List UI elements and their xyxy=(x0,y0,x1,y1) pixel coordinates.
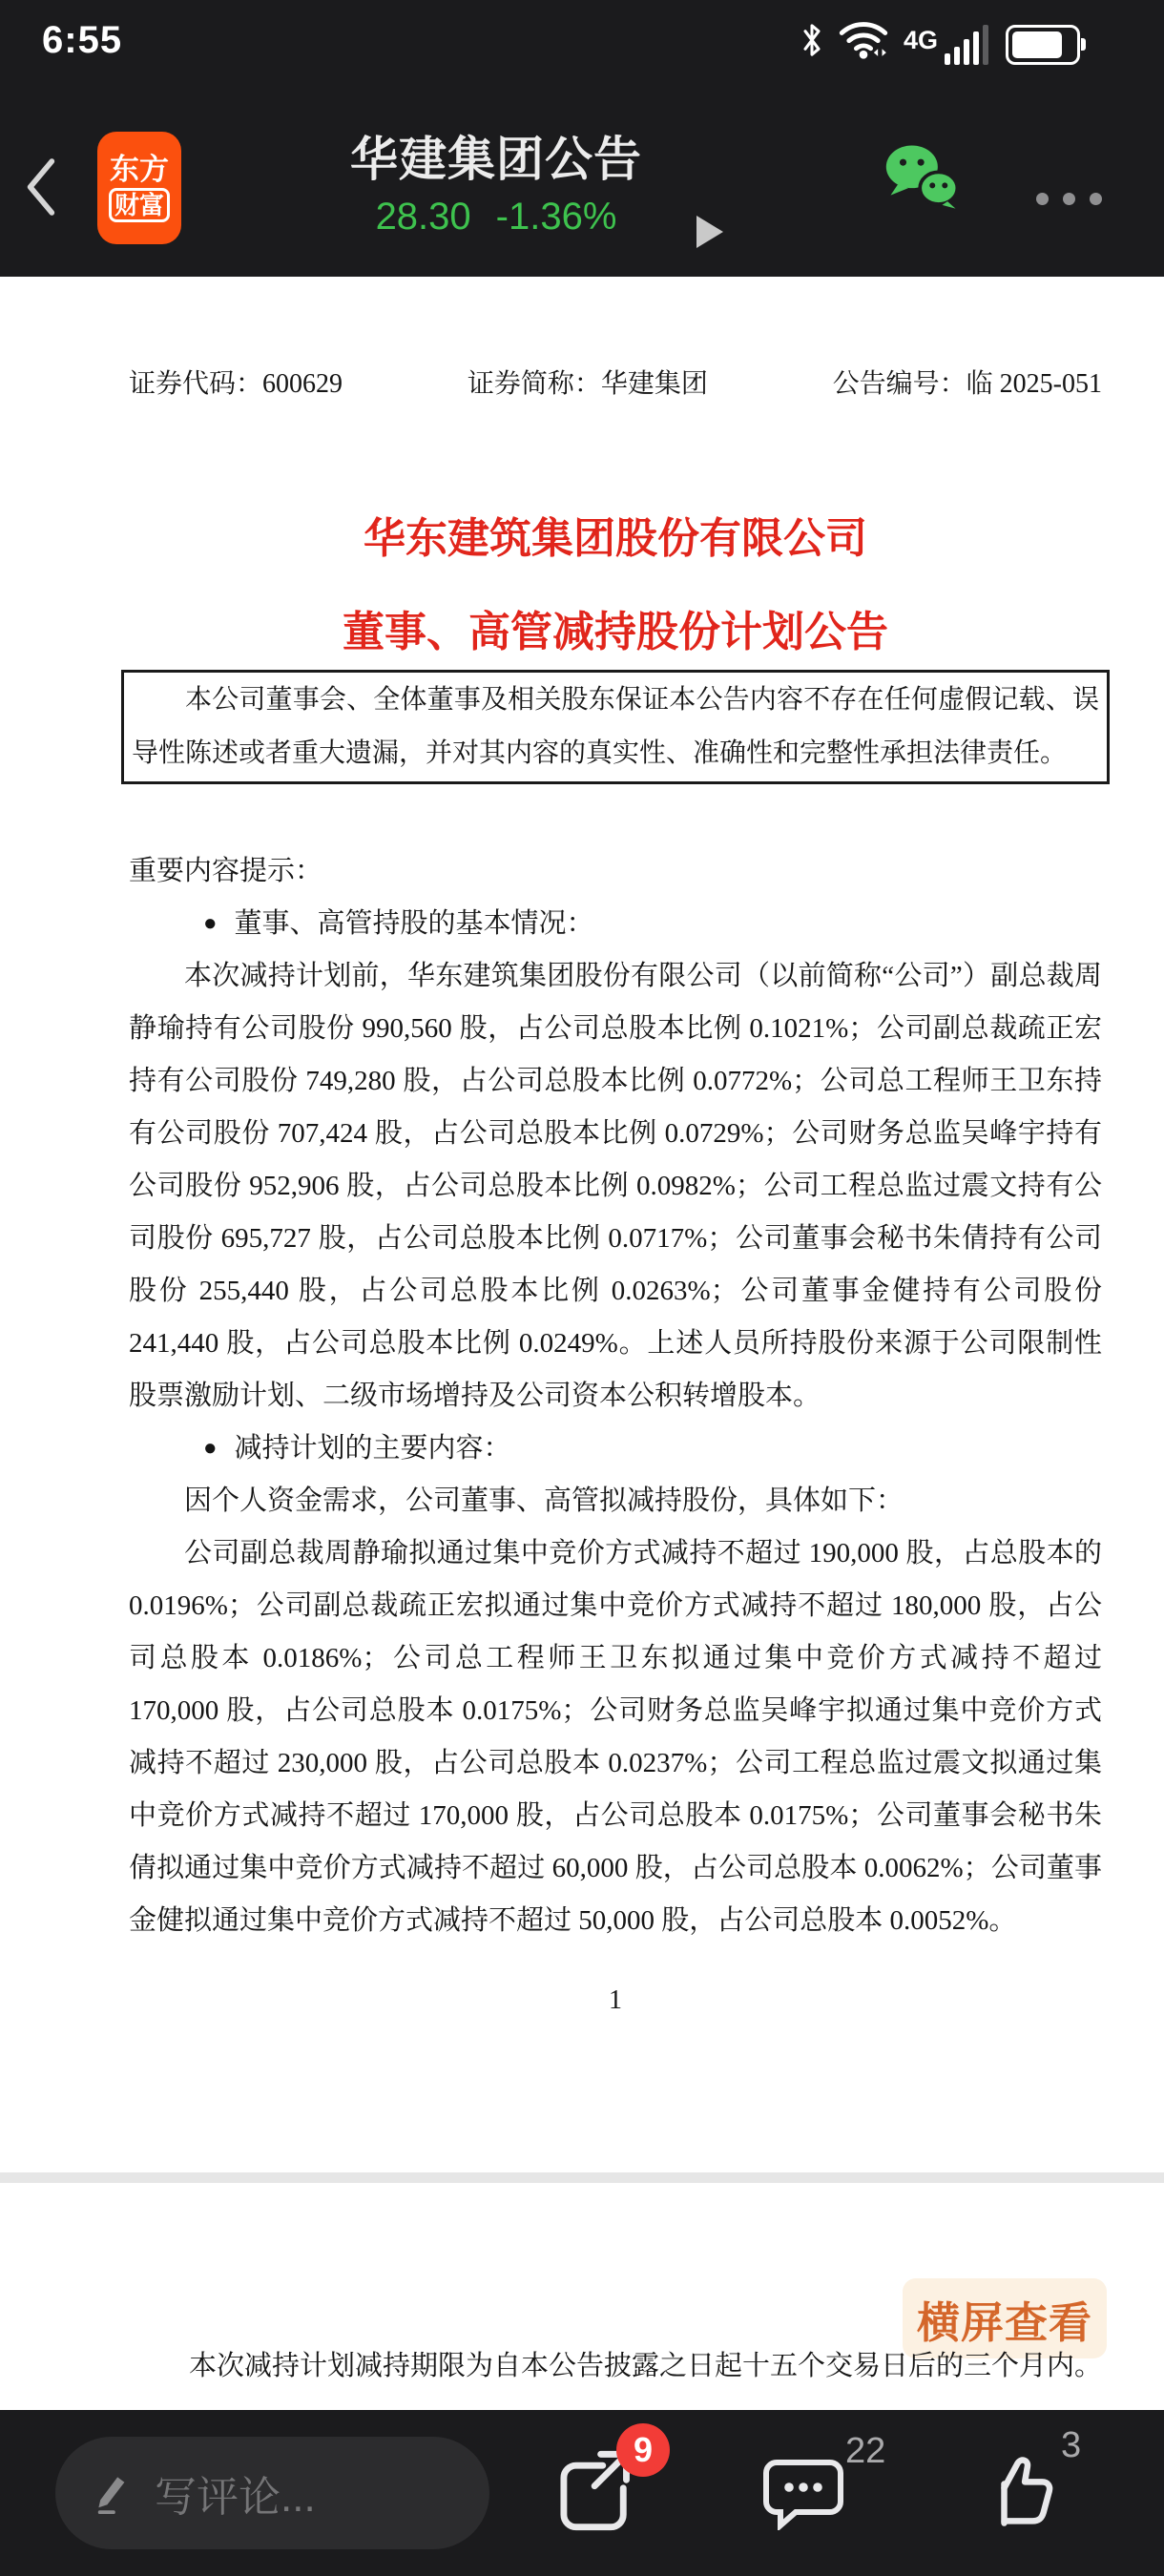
ellipsis-icon xyxy=(1063,193,1075,205)
more-options-button[interactable] xyxy=(1036,193,1102,205)
like-button[interactable] xyxy=(985,2448,1063,2535)
page-number: 1 xyxy=(129,1974,1102,2026)
comment-input[interactable]: 写评论... xyxy=(55,2437,489,2549)
bullet-icon: ● xyxy=(203,1423,218,1475)
security-name: 证券简称：华建集团 xyxy=(468,368,708,401)
stock-change: -1.36% xyxy=(496,196,617,238)
bluetooth-icon xyxy=(800,20,823,65)
notice-label: 重要内容提示： xyxy=(129,845,1102,898)
document-page-2: 横屏查看 本次减持计划减持期限为自本公告披露之日起十五个交易日后的三个月内。 xyxy=(0,2183,1164,2410)
logo-line1: 东方 xyxy=(110,155,169,184)
pencil-icon xyxy=(88,2469,134,2518)
status-icons: 4G xyxy=(800,21,1080,65)
comment-placeholder: 写评论... xyxy=(155,2462,316,2524)
disclaimer-box: 本公司董事会、全体董事及相关股东保证本公告内容不存在任何虚假记载、误导性陈述或者… xyxy=(121,670,1110,784)
doc-info-row: 证券代码：600629 证券简称：华建集团 公告编号：临 2025-051 xyxy=(129,368,1102,401)
page-title: 华建集团公告 xyxy=(350,134,642,186)
eastmoney-logo[interactable]: 东方 财富 xyxy=(97,132,181,244)
app-header: 6:55 4G xyxy=(0,0,1164,277)
battery-icon xyxy=(1006,25,1080,65)
plan-intro-line: 因个人资金需求，公司董事、高管拟减持股份，具体如下： xyxy=(129,1475,1102,1527)
status-bar: 6:55 4G xyxy=(0,13,1164,67)
bottom-action-bar: 写评论... 9 22 3 xyxy=(0,2410,1164,2576)
play-icon[interactable] xyxy=(696,216,723,248)
signal-bar-dim xyxy=(983,25,988,65)
signal-bar xyxy=(945,53,950,65)
back-button[interactable] xyxy=(25,145,57,229)
network-type-label: 4G xyxy=(904,28,938,53)
security-code: 证券代码：600629 xyxy=(129,368,343,401)
screen: 6:55 4G xyxy=(0,0,1164,2576)
wechat-share-button[interactable] xyxy=(883,141,962,214)
comments-count: 22 xyxy=(845,2431,885,2472)
doc-title-subject: 董事、高管减持股份计划公告 xyxy=(129,607,1102,658)
signal-bar xyxy=(964,39,969,65)
signal-bar xyxy=(973,31,979,65)
stock-price: 28.30 xyxy=(376,196,471,238)
wifi-icon xyxy=(839,18,888,65)
page2-text-line: 本次减持计划减持期限为自本公告披露之日起十五个交易日后的三个月内。 xyxy=(189,2347,1102,2385)
signal-bar xyxy=(954,47,960,65)
title-group: 华建集团公告 28.30-1.36% xyxy=(248,134,744,239)
bullet-icon: ● xyxy=(203,898,218,950)
like-count: 3 xyxy=(1061,2425,1081,2466)
holdings-paragraph: 本次减持计划前，华东建筑集团股份有限公司（以前简称“公司”）副总裁周静瑜持有公司… xyxy=(129,950,1102,1423)
announcement-document: 证券代码：600629 证券简称：华建集团 公告编号：临 2025-051 华东… xyxy=(0,277,1164,2026)
ellipsis-icon xyxy=(1036,193,1049,205)
bullet-item-plan: ●减持计划的主要内容： xyxy=(129,1423,1102,1475)
cellular-signal-icon: 4G xyxy=(904,25,988,65)
disclaimer-text: 本公司董事会、全体董事及相关股东保证本公告内容不存在任何虚假记载、误导性陈述或者… xyxy=(132,674,1099,780)
page-separator xyxy=(0,2172,1164,2183)
plan-paragraph: 公司副总裁周静瑜拟通过集中竞价方式减持不超过 190,000 股，占总股本的 0… xyxy=(129,1527,1102,1947)
status-time: 6:55 xyxy=(42,19,122,62)
nav-row: 东方 财富 华建集团公告 28.30-1.36% xyxy=(0,67,1164,277)
ellipsis-icon xyxy=(1090,193,1102,205)
announcement-number: 公告编号：临 2025-051 xyxy=(833,368,1102,401)
bullet-item-plan-label: 减持计划的主要内容： xyxy=(235,1433,511,1464)
bullet-item-holdings-label: 董事、高管持股的基本情况： xyxy=(235,908,594,939)
doc-title-company: 华东建筑集团股份有限公司 xyxy=(129,513,1102,565)
bullet-item-holdings: ●董事、高管持股的基本情况： xyxy=(129,898,1102,950)
share-badge: 9 xyxy=(616,2423,670,2477)
comments-button[interactable] xyxy=(763,2454,843,2533)
stock-quote: 28.30-1.36% xyxy=(248,196,744,239)
logo-line2: 财富 xyxy=(109,188,170,222)
